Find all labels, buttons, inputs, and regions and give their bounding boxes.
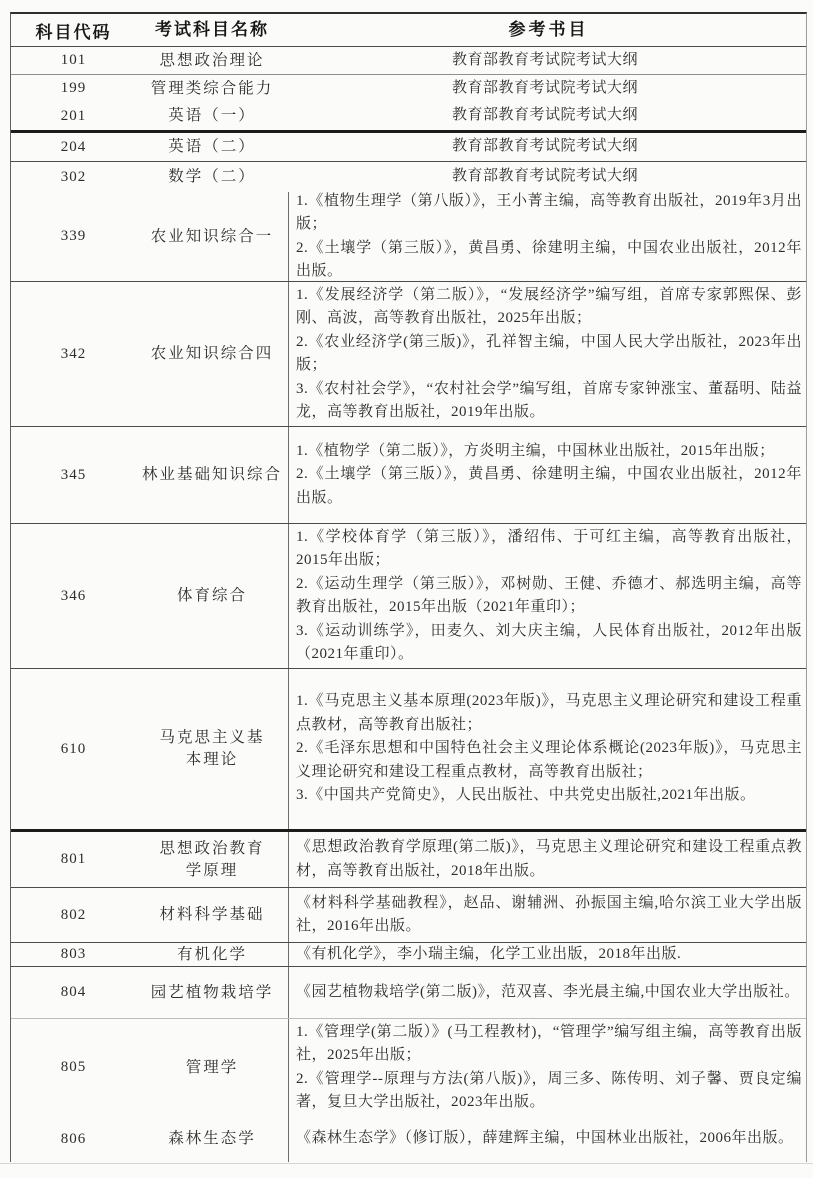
reference-list: 《森林生态学》（修订版），薛建辉主编，中国林业出版社，2006年出版。 [288,1116,806,1162]
subject-code: 802 [11,888,136,942]
subject-name: 农业知识综合四 [136,282,288,426]
table-row: 804 园艺植物栽培学 《园艺植物栽培学(第二版)》，范双喜、李光晨主编,中国农… [11,967,806,1019]
subject-code: 610 [11,669,136,829]
reference-list: 《有机化学》，李小瑞主编，化学工业出版，2018年出版. [288,943,806,966]
subject-name: 园艺植物栽培学 [136,967,288,1018]
reference-table: 科目代码 考试科目名称 参考书目 101 思想政治理论 教育部教育考试院考试大纲… [10,12,807,1162]
page-bottom-rule [0,1163,813,1164]
subject-code: 339 [11,192,136,281]
reference-list: 1.《马克思主义基本原理(2023年版)》，马克思主义理论研究和建设工程重点教材… [288,669,806,829]
header-bibliography: 参考书目 [288,14,806,46]
subject-name: 森林生态学 [136,1116,288,1162]
reference-item: 《森林生态学》（修订版），薛建辉主编，中国林业出版社，2006年出版。 [296,1127,802,1151]
reference-list: 1.《管理学(第二版）》(马工程教材)，“管理学”编写组主编，高等教育出版社，2… [288,1019,806,1116]
reference-item: 教育部教育考试院考试大纲 [452,104,638,128]
reference-list: 《材料科学基础教程》，赵品、谢辅洲、孙振国主编,哈尔滨工业大学出版社，2016年… [288,888,806,942]
reference-item: 3.《运动训练学》，田麦久、刘大庆主编，人民体育出版社，2012年出版（2021… [296,620,802,667]
subject-code: 801 [11,832,136,887]
subject-code: 806 [11,1116,136,1162]
reference-item: 2.《土壤学（第三版）》，黄昌勇、徐建明主编，中国农业出版社，2012年出版。 [296,463,802,510]
subject-name: 数学（二） [136,162,288,192]
table-row: 342 农业知识综合四 1.《发展经济学（第二版）》，“发展经济学”编写组，首席… [11,282,806,427]
subject-name: 思想政治教育学原理 [136,832,288,887]
header-subject-name: 考试科目名称 [136,14,288,46]
reference-list: 1.《植物学（第二版）》，方炎明主编，中国林业出版社，2015年出版； 2.《土… [288,427,806,523]
table-row: 346 体育综合 1.《学校体育学（第三版）》，潘绍伟、于可红主编，高等教育出版… [11,524,806,669]
reference-list: 1.《发展经济学（第二版）》，“发展经济学”编写组，首席专家郭熙保、彭刚、高波，… [288,282,806,426]
subject-code: 803 [11,943,136,966]
reference-item: 3.《中国共产党简史》，人民出版社、中共党史出版社,2021年出版。 [296,784,802,808]
subject-code: 101 [11,47,136,74]
reference-list: 《园艺植物栽培学(第二版)》，范双喜、李光晨主编,中国农业大学出版社。 [288,967,806,1018]
document-page: 科目代码 考试科目名称 参考书目 101 思想政治理论 教育部教育考试院考试大纲… [0,0,813,1178]
table-row: 302 数学（二） 教育部教育考试院考试大纲 [11,162,806,192]
subject-name: 材料科学基础 [136,888,288,942]
reference-list: 《思想政治教育学原理(第二版)》，马克思主义理论研究和建设工程重点教材，高等教育… [288,832,806,887]
reference-item: 《有机化学》，李小瑞主编，化学工业出版，2018年出版. [296,943,802,967]
reference-item: 2.《农业经济学(第三版)》，孔祥智主编，中国人民大学出版社，2023年出版； [296,331,802,378]
table-row: 345 林业基础知识综合 1.《植物学（第二版）》，方炎明主编，中国林业出版社，… [11,427,806,524]
reference-item: 1.《植物学（第二版）》，方炎明主编，中国林业出版社，2015年出版； [296,440,802,464]
subject-name: 体育综合 [136,524,288,668]
reference-item: 《材料科学基础教程》，赵品、谢辅洲、孙振国主编,哈尔滨工业大学出版社，2016年… [296,892,802,939]
subject-name: 农业知识综合一 [136,192,288,281]
table-row: 610 马克思主义基本理论 1.《马克思主义基本原理(2023年版)》，马克思主… [11,669,806,832]
table-row: 805 管理学 1.《管理学(第二版）》(马工程教材)，“管理学”编写组主编，高… [11,1019,806,1116]
subject-code: 204 [11,133,136,161]
subject-name: 管理类综合能力 [136,75,288,102]
reference-item: 教育部教育考试院考试大纲 [452,135,638,159]
reference-list: 1.《学校体育学（第三版）》，潘绍伟、于可红主编，高等教育出版社，2015年出版… [288,524,806,668]
table-row: 803 有机化学 《有机化学》，李小瑞主编，化学工业出版，2018年出版. [11,943,806,967]
subject-name: 林业基础知识综合 [136,427,288,523]
reference-item: 1.《植物生理学（第八版）》，王小菁主编，高等教育出版社，2019年3月出版； [296,190,802,237]
subject-name: 马克思主义基本理论 [136,669,288,829]
subject-name: 有机化学 [136,943,288,966]
subject-code: 346 [11,524,136,668]
table-row: 339 农业知识综合一 1.《植物生理学（第八版）》，王小菁主编，高等教育出版社… [11,192,806,282]
subject-code: 199 [11,75,136,102]
subject-name: 英语（二） [136,133,288,161]
reference-item: 1.《发展经济学（第二版）》，“发展经济学”编写组，首席专家郭熙保、彭刚、高波，… [296,284,802,331]
reference-item: 3.《农村社会学》，“农村社会学”编写组，首席专家钟涨宝、董磊明、陆益龙，高等教… [296,378,802,425]
table-row: 201 英语（一） 教育部教育考试院考试大纲 [11,102,806,133]
reference-item: 教育部教育考试院考试大纲 [452,77,638,101]
subject-code: 302 [11,162,136,192]
reference-item: 教育部教育考试院考试大纲 [452,165,638,189]
table-row: 802 材料科学基础 《材料科学基础教程》，赵品、谢辅洲、孙振国主编,哈尔滨工业… [11,888,806,943]
reference-item: 1.《管理学(第二版）》(马工程教材)，“管理学”编写组主编，高等教育出版社，2… [296,1021,802,1068]
subject-name: 英语（一） [136,102,288,130]
table-row: 101 思想政治理论 教育部教育考试院考试大纲 [11,47,806,75]
reference-item: 1.《学校体育学（第三版）》，潘绍伟、于可红主编，高等教育出版社，2015年出版… [296,526,802,573]
subject-code: 345 [11,427,136,523]
reference-item: 2.《管理学--原理与方法(第八版)》，周三多、陈传明、刘子馨、贾良定编著，复旦… [296,1068,802,1115]
table-row: 204 英语（二） 教育部教育考试院考试大纲 [11,133,806,162]
table-row: 806 森林生态学 《森林生态学》（修订版），薛建辉主编，中国林业出版社，200… [11,1116,806,1162]
subject-code: 201 [11,102,136,130]
subject-name: 思想政治理论 [136,47,288,74]
subject-name: 管理学 [136,1019,288,1116]
subject-code: 804 [11,967,136,1018]
subject-code: 805 [11,1019,136,1116]
table-row: 801 思想政治教育学原理 《思想政治教育学原理(第二版)》，马克思主义理论研究… [11,832,806,888]
reference-item: 2.《毛泽东思想和中国特色社会主义理论体系概论(2023年版)》，马克思主义理论… [296,737,802,784]
reference-item: 《思想政治教育学原理(第二版)》，马克思主义理论研究和建设工程重点教材，高等教育… [296,836,802,883]
reference-item: 1.《马克思主义基本原理(2023年版)》，马克思主义理论研究和建设工程重点教材… [296,690,802,737]
header-code: 科目代码 [11,14,136,46]
table-row: 199 管理类综合能力 教育部教育考试院考试大纲 [11,75,806,102]
header-row: 科目代码 考试科目名称 参考书目 [11,14,806,47]
reference-item: 2.《运动生理学（第三版）》，邓树勋、王健、乔德才、郝选明主编，高等教育出版社，… [296,573,802,620]
subject-code: 342 [11,282,136,426]
reference-item: 2.《土壤学（第三版）》，黄昌勇、徐建明主编，中国农业出版社，2012年出版。 [296,237,802,284]
reference-list: 1.《植物生理学（第八版）》，王小菁主编，高等教育出版社，2019年3月出版； … [288,192,806,281]
reference-item: 《园艺植物栽培学(第二版)》，范双喜、李光晨主编,中国农业大学出版社。 [296,981,802,1005]
reference-item: 教育部教育考试院考试大纲 [452,49,638,73]
